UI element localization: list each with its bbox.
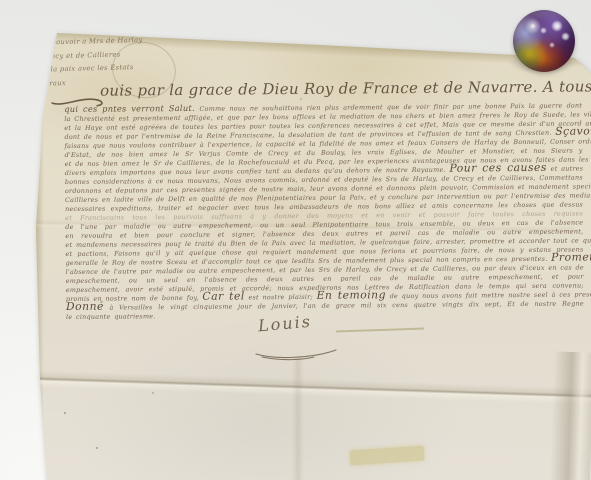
paperweight-flower-pattern (549, 42, 555, 48)
paperweight-flower-pattern (551, 20, 563, 32)
signature-text: Louis (257, 312, 312, 336)
paperweight-flower-pattern (540, 27, 547, 34)
emphasis-word: Pour ces causes (449, 161, 547, 175)
parchment-speck (96, 447, 98, 449)
fold-crease (550, 351, 591, 480)
body-text-segment: est nostre plaisir; (245, 293, 317, 302)
heading-text: ouis par la grace de Dieu Roy de France … (100, 77, 591, 100)
body-text: qui ces pntes verront Salut. Comme nous … (64, 101, 584, 322)
parchment-wrapper: Plein pouvoir a Mrs de Harlay de Crecy e… (0, 0, 591, 480)
paperweight-flower-pattern (561, 32, 570, 41)
photo: Plein pouvoir a Mrs de Harlay de Crecy e… (0, 0, 591, 480)
glass-paperweight (513, 10, 575, 72)
body-text-segment: le cinquante quatriesme. (66, 312, 156, 321)
faint-ink-line (336, 327, 424, 332)
signature-louis: Louis (257, 312, 312, 336)
parchment-speck (152, 392, 154, 394)
parchment-edge-shading (35, 30, 44, 480)
royal-heading: ouis par la grace de Dieu Roy de France … (64, 79, 582, 106)
emphasis-word: Promettant (551, 250, 591, 264)
tape-residue-mark (350, 445, 425, 465)
body-text-segment: et autres (547, 164, 583, 172)
signature-flourish (252, 344, 344, 362)
fold-crease (30, 370, 591, 405)
parchment: Plein pouvoir a Mrs de Harlay de Crecy e… (0, 0, 591, 480)
emphasis-word: En temoing (316, 288, 386, 302)
initial-letter-flourish (50, 94, 106, 108)
emphasis-word: Donné (66, 300, 104, 313)
emphasis-word: Sçavoir (555, 124, 591, 137)
manuscript-text: ouis par la grace de Dieu Roy de France … (64, 79, 584, 322)
fold-crease (292, 356, 304, 480)
emphasis-word: Car tel (202, 289, 244, 302)
parchment-speck (64, 412, 66, 414)
